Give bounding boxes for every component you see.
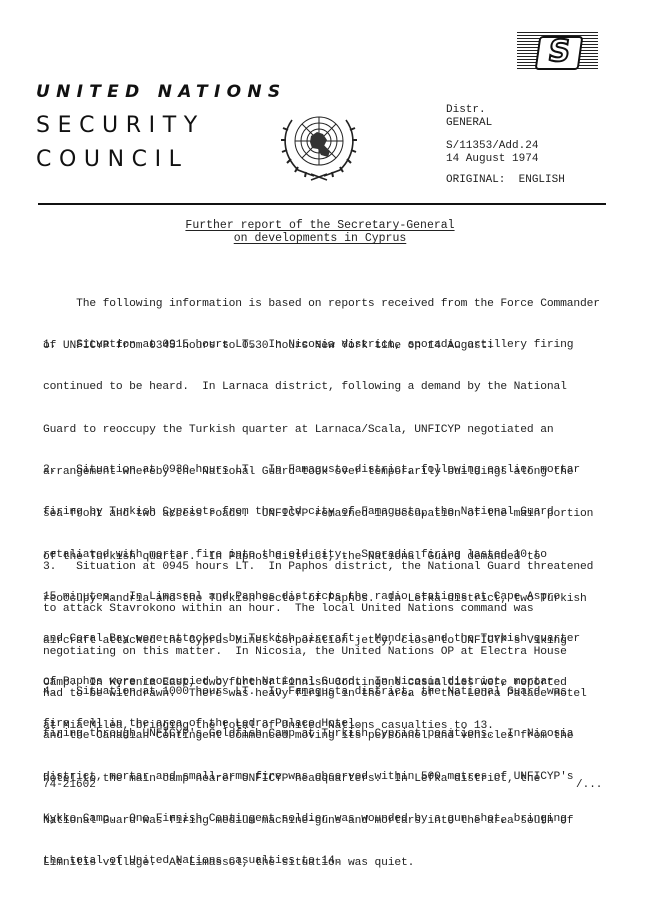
org-name-security: SECURITY	[36, 113, 205, 138]
document-date: 14 August 1974	[446, 153, 538, 166]
paragraph-line: 4. Situation at 1000 hours LT. In Famagu…	[43, 685, 618, 699]
title-line-2: on developments in Cyprus	[234, 232, 407, 245]
distr-label: Distr.	[446, 104, 492, 117]
un-emblem-icon	[278, 108, 360, 184]
paragraph-line: firing through UNFICYP's Goldfish Camp a…	[43, 727, 618, 741]
title-line-1: Further report of the Secretary-General	[185, 219, 454, 232]
distribution-block: Distr. GENERAL	[446, 104, 492, 130]
symbol-date-block: S/11353/Add.24 14 August 1974	[446, 140, 538, 166]
original-language: ORIGINAL: ENGLISH	[446, 174, 565, 187]
paragraph-line: to attack Stavrokono within an hour. The…	[43, 602, 618, 616]
document-job-number: 74-21602	[43, 779, 96, 791]
continuation-mark: /...	[576, 779, 602, 791]
paragraph-line: firing by Turkish Cypriots from the old …	[43, 505, 618, 519]
document-symbol: S/11353/Add.24	[446, 140, 538, 153]
paragraph-line: 1. Situation at 0915 hours LT. In Nicosi…	[43, 338, 618, 352]
paragraph-line: the total of United Nations casualties t…	[43, 854, 618, 868]
paragraph-line: 2. Situation at 0930 hours LT. In Famagu…	[43, 463, 618, 477]
org-name-united-nations: UNITED NATIONS	[36, 82, 286, 102]
org-name-council: COUNCIL	[36, 147, 189, 172]
paragraph-line: district, mortar and small-arms fire was…	[43, 770, 618, 784]
paragraph-line: continued to be heard. In Larnaca distri…	[43, 380, 618, 394]
header-divider	[38, 203, 606, 205]
report-title: Further report of the Secretary-General …	[150, 219, 490, 245]
s-letter-icon: S	[535, 36, 584, 70]
paragraph-line: 3. Situation at 0945 hours LT. In Paphos…	[43, 560, 618, 574]
paragraph-4: 4. Situation at 1000 hours LT. In Famagu…	[43, 657, 618, 883]
distr-value: GENERAL	[446, 117, 492, 130]
paragraph-line: Kykko Camp. One Finnish Contingent soldi…	[43, 812, 618, 826]
security-council-symbol-logo: S	[517, 32, 598, 70]
